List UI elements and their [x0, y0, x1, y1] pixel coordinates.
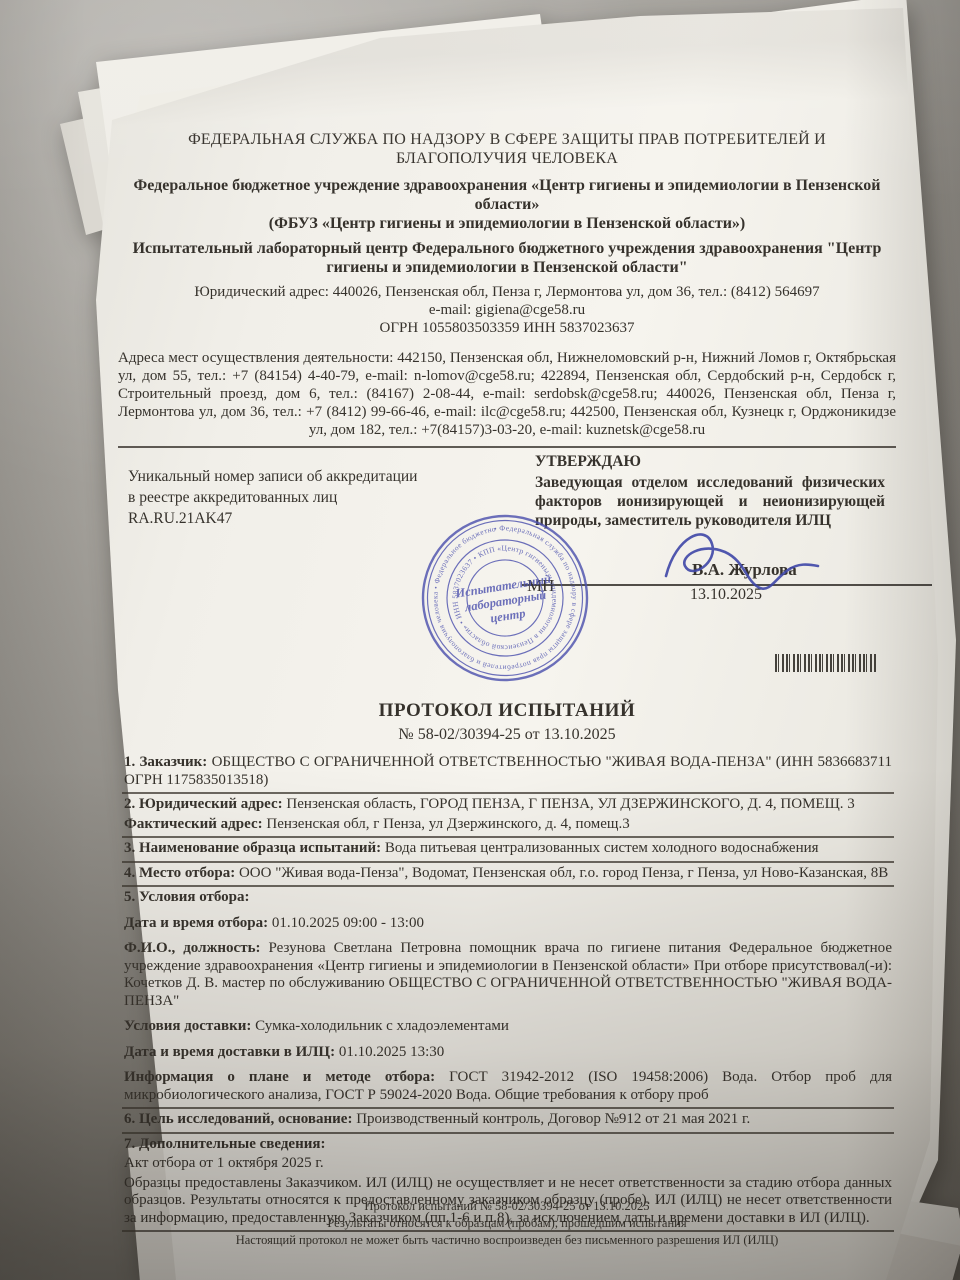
email-line: e-mail: gigiena@cge58.ru — [118, 301, 896, 319]
row-value: Вода питьевая централизованных систем хо… — [385, 840, 819, 856]
testing-lab-center-name: Испытательный лабораторный центр Федерал… — [118, 239, 896, 277]
signature-stroke — [648, 518, 833, 606]
protocol-row: 4. Место отбора: ООО "Живая вода-Пенза",… — [122, 864, 894, 888]
row-value: Пензенская область, ГОРОД ПЕНЗА, Г ПЕНЗА… — [286, 796, 854, 812]
row-value: Пензенская обл, г Пенза, ул Дзержинского… — [266, 816, 629, 832]
row-label: 5. Условия отбора: — [124, 889, 250, 905]
row-label: 1. Заказчик: — [124, 754, 212, 770]
approval-title: УТВЕРЖДАЮ — [535, 452, 885, 471]
row-value: Акт отбора от 1 октября 2025 г. — [124, 1155, 324, 1171]
protocol-row: 5. Условия отбора: — [122, 888, 894, 908]
row-label: 4. Место отбора: — [124, 865, 239, 881]
row-label: 6. Цель исследований, основание: — [124, 1111, 356, 1127]
photo-background: ФЕДЕРАЛЬНАЯ СЛУЖБА ПО НАДЗОРУ В СФЕРЕ ЗА… — [0, 0, 960, 1280]
footer-line-1: Протокол испытаний № 58-02/30394-25 от 1… — [118, 1198, 896, 1215]
row-label: 2. Юридический адрес: — [124, 796, 286, 812]
ogrn-inn-line: ОГРН 1055803503359 ИНН 5837023637 — [118, 319, 896, 337]
accreditation-block: Уникальный номер записи об аккредитации … — [128, 466, 468, 529]
row-label: Информация о плане и методе отбора: — [124, 1069, 449, 1085]
protocol-row: 3. Наименование образца испытаний: Вода … — [122, 839, 894, 863]
page-footer: Протокол испытаний № 58-02/30394-25 от 1… — [118, 1198, 896, 1249]
legal-address: Юридический адрес: 440026, Пензенская об… — [118, 283, 896, 301]
row-label: 3. Наименование образца испытаний: — [124, 840, 385, 856]
protocol-row: Дата и время доставки в ИЛЦ: 01.10.2025 … — [122, 1043, 894, 1063]
stamp-center-text: Испытательный лабораторный центр — [453, 572, 556, 631]
protocol-row: Условия доставки: Сумка-холодильник с хл… — [122, 1017, 894, 1037]
row-label: Фактический адрес: — [124, 816, 266, 832]
organization-name-full: Федеральное бюджетное учреждение здравоо… — [118, 176, 896, 214]
row-value: 01.10.2025 09:00 - 13:00 — [272, 915, 424, 931]
footer-line-3: Настоящий протокол не может быть частичн… — [118, 1232, 896, 1249]
protocol-row: 7. Дополнительные сведения: — [122, 1135, 894, 1155]
protocol-row: Фактический адрес: Пензенская обл, г Пен… — [122, 815, 894, 839]
protocol-row: Информация о плане и методе отбора: ГОСТ… — [122, 1068, 894, 1109]
row-label: Условия доставки: — [124, 1018, 255, 1034]
row-value: Производственный контроль, Договор №912 … — [356, 1111, 750, 1127]
header-divider — [118, 446, 896, 448]
barcode — [775, 654, 877, 672]
protocol-title-block: ПРОТОКОЛ ИСПЫТАНИЙ № 58-02/30394-25 от 1… — [118, 700, 896, 744]
row-value: ООО "Живая вода-Пенза", Водомат, Пензенс… — [239, 865, 888, 881]
protocol-row: 6. Цель исследований, основание: Произво… — [122, 1110, 894, 1134]
protocol-title: ПРОТОКОЛ ИСПЫТАНИЙ — [118, 700, 896, 722]
row-label: Дата и время отбора: — [124, 915, 272, 931]
protocol-row: Акт отбора от 1 октября 2025 г. — [122, 1154, 894, 1174]
accreditation-line2: в реестре аккредитованных лиц — [128, 487, 468, 508]
activity-addresses: Адреса мест осуществления деятельности: … — [118, 349, 896, 439]
footer-line-2: Результаты относятся к образцам (пробам)… — [118, 1215, 896, 1232]
row-value: Сумка-холодильник с хладоэлементами — [255, 1018, 509, 1034]
row-label: Ф.И.О., должность: — [124, 940, 269, 956]
protocol-row: Ф.И.О., должность: Резунова Светлана Пет… — [122, 939, 894, 1011]
protocol-row: 2. Юридический адрес: Пензенская область… — [122, 795, 894, 815]
protocol-row: Дата и время отбора: 01.10.2025 09:00 - … — [122, 914, 894, 934]
document-content: ФЕДЕРАЛЬНАЯ СЛУЖБА ПО НАДЗОРУ В СФЕРЕ ЗА… — [0, 0, 960, 1280]
protocol-number: № 58-02/30394-25 от 13.10.2025 — [118, 726, 896, 744]
agency-name: ФЕДЕРАЛЬНАЯ СЛУЖБА ПО НАДЗОРУ В СФЕРЕ ЗА… — [126, 130, 888, 168]
organization-name-short: (ФБУЗ «Центр гигиены и эпидемиологии в П… — [118, 214, 896, 233]
row-label: Дата и время доставки в ИЛЦ: — [124, 1044, 339, 1060]
letterhead: ФЕДЕРАЛЬНАЯ СЛУЖБА ПО НАДЗОРУ В СФЕРЕ ЗА… — [118, 130, 896, 448]
row-value: 01.10.2025 13:30 — [339, 1044, 444, 1060]
protocol-row: 1. Заказчик: ОБЩЕСТВО С ОГРАНИЧЕННОЙ ОТВ… — [122, 753, 894, 794]
accreditation-line1: Уникальный номер записи об аккредитации — [128, 466, 468, 487]
round-stamp: • Федеральная служба по надзору в сфере … — [407, 500, 604, 697]
row-label: 7. Дополнительные сведения: — [124, 1136, 325, 1152]
row-value: ОБЩЕСТВО С ОГРАНИЧЕННОЙ ОТВЕТСТВЕННОСТЬЮ… — [124, 754, 892, 788]
protocol-table: 1. Заказчик: ОБЩЕСТВО С ОГРАНИЧЕННОЙ ОТВ… — [122, 753, 894, 1233]
